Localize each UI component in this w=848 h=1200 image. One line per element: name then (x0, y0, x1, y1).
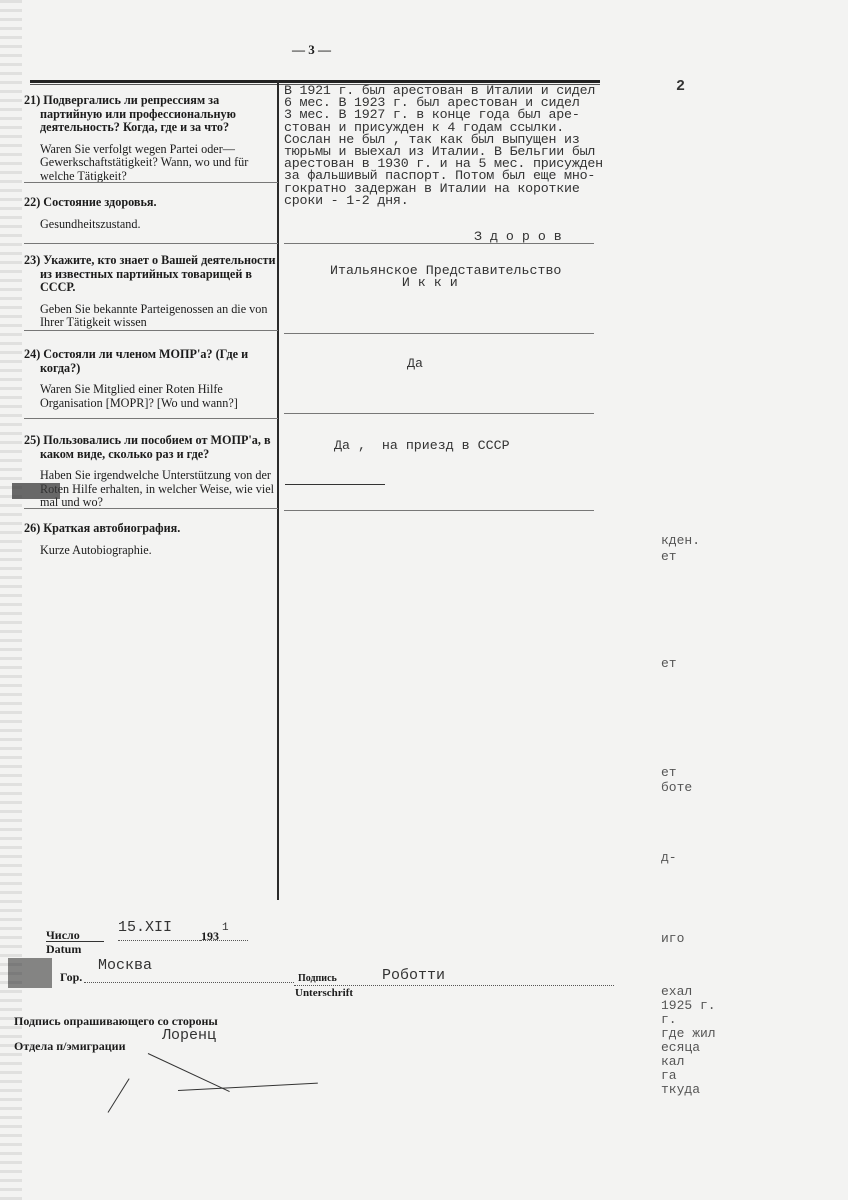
row-divider (24, 418, 278, 419)
question-26: 26) Краткая автобиография. Kurze Autobio… (24, 522, 280, 557)
bleed-fragment: кден. (661, 534, 700, 548)
date-label-rule (46, 941, 104, 942)
row-divider (24, 182, 278, 183)
row-divider (24, 330, 278, 331)
bleed-fragment: д- (661, 851, 677, 865)
question-25: 25) Пользовались ли пособием от МОПР'а, … (24, 434, 280, 510)
signature-value: Роботти (382, 970, 445, 982)
bleed-fragment: га (661, 1069, 677, 1083)
city-value: Москва (98, 960, 152, 972)
stray-mark (285, 484, 385, 485)
date-line (118, 940, 200, 941)
signature-line (294, 985, 614, 986)
row-divider (284, 510, 594, 511)
answer-25: Да , на приезд в СССР (334, 440, 510, 452)
answer-21: В 1921 г. был арестован в Италии и сидел… (284, 85, 603, 207)
question-24: 24) Состояли ли членом МОПР'а? (Где и ко… (24, 348, 280, 410)
row-divider (284, 413, 594, 414)
answer-22: З д о р о в (474, 231, 562, 243)
year-suffix: 1 (222, 922, 229, 934)
row-divider (24, 243, 278, 244)
page-number: — 3 — (292, 42, 331, 58)
signature-label-ru: Подпись (298, 973, 337, 984)
question-21: 21) Подвергались ли репрессиям за партий… (24, 94, 280, 183)
bleed-fragment: ет (661, 766, 677, 780)
date-value: 15.XII (118, 922, 172, 934)
bleed-fragment: ткуда (661, 1083, 700, 1097)
bleed-fragment: 1925 г. (661, 999, 716, 1013)
interviewer-label-line2: Отдела п/эмиграции (14, 1039, 125, 1054)
bleed-fragment: ехал (661, 985, 692, 999)
answer-24: Да (407, 358, 423, 370)
date-label-de: Datum (46, 942, 81, 957)
bleed-fragment: кал (661, 1055, 684, 1069)
row-divider (24, 508, 278, 509)
signature-label-de: Unterschrift (295, 987, 353, 999)
scan-smudge (8, 958, 52, 988)
handwritten-signature (108, 1078, 130, 1112)
year-prefix: 193 (201, 929, 219, 944)
margin-mark: 2 (676, 78, 685, 95)
bleed-fragment: боте (661, 781, 692, 795)
bleed-fragment: ет (661, 550, 677, 564)
interviewer-value: Лоренц (162, 1030, 216, 1042)
bleed-fragment: иго (661, 932, 684, 946)
city-label: Гор. (60, 970, 82, 985)
row-divider (284, 333, 594, 334)
scan-smudge (12, 483, 60, 499)
bleed-fragment: есяца (661, 1041, 700, 1055)
bleed-fragment: г. (661, 1013, 677, 1027)
bleed-fragment: где жил (661, 1027, 716, 1041)
row-divider (284, 243, 594, 244)
year-line (200, 940, 248, 941)
answer-23: Итальянское Представительство И к к и (330, 265, 561, 289)
question-22: 22) Состояние здоровья. Gesundheitszusta… (24, 196, 280, 231)
question-23: 23) Укажите, кто знает о Вашей деятельно… (24, 254, 280, 330)
handwritten-signature (148, 1053, 230, 1092)
handwritten-signature (178, 1083, 318, 1091)
city-line (84, 982, 294, 983)
bleed-fragment: ет (661, 657, 677, 671)
